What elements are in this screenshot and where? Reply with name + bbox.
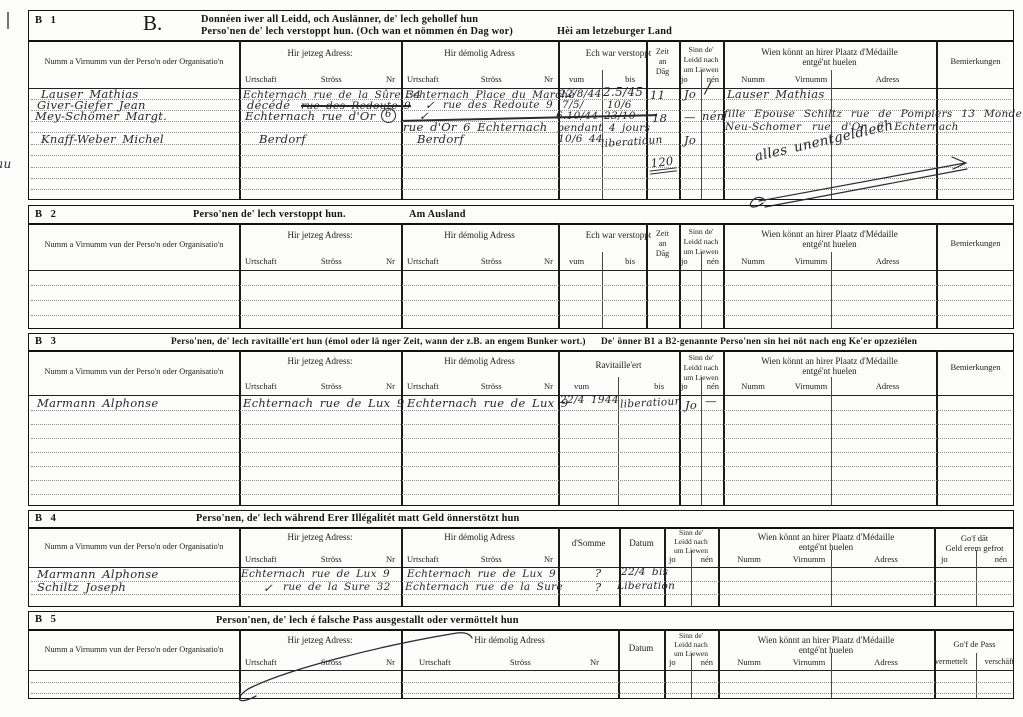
hw-b1-vum-5: 10/6 44 xyxy=(558,133,603,145)
b1-col-medaille: Wien könnt an hirer Plaatz d'Médailleent… xyxy=(723,47,936,67)
col-divider xyxy=(558,350,560,505)
b1-title-right: Hèi am letzeburger Land xyxy=(557,26,672,37)
b3-col-demolig: Hir démolig Adress xyxy=(401,356,558,366)
dotted-row-line xyxy=(31,424,1011,425)
col-divider xyxy=(239,40,241,199)
col-divider xyxy=(718,629,720,698)
subcol-divider xyxy=(831,550,832,606)
hw-b3-jetzeg: Echternach rue de Lux 9 xyxy=(243,397,405,409)
b4-col-gof-geld: Go'f dātGeld erem gefrot xyxy=(934,533,1015,553)
b3-sinn-subcols: jonén xyxy=(681,381,719,391)
b1-col-zeit: ZeitanDāg xyxy=(646,47,679,77)
b1-demolig-stross: Ströss xyxy=(481,74,502,84)
hw-b3-jo: Jo xyxy=(685,399,697,411)
b1-vum: vum xyxy=(569,74,584,84)
dotted-row-line xyxy=(31,410,1011,411)
col-divider xyxy=(558,223,560,328)
b3-jetzeg-subcols: UrtschaftStrössNr xyxy=(245,381,395,391)
b1-jo: jo xyxy=(681,74,688,84)
b3-ravit-subcols: vumbis xyxy=(574,381,664,391)
scan-artifact-mark xyxy=(7,12,9,29)
title-rule xyxy=(29,223,1013,225)
hw-b4-datum-2: Liberation xyxy=(617,580,675,592)
col-divider xyxy=(934,629,936,698)
b3-demolig-subcols: UrtschaftStrössNr xyxy=(407,381,553,391)
b1-bis: bis xyxy=(625,74,635,84)
b5-col-datum: Datum xyxy=(618,643,664,653)
b3-col-jetzeg: Hir jetzeg Adress: xyxy=(239,356,401,366)
b1-adress: Adress xyxy=(839,74,936,84)
b5-col-medaille: Wien könnt an hirer Plaatz d'Médailleent… xyxy=(718,635,934,655)
b5-gof-subcols: vermetteltverschäft xyxy=(935,657,1014,667)
b1-numm: Numm xyxy=(723,74,783,84)
subcol-divider xyxy=(831,653,832,698)
subcol-divider xyxy=(701,377,702,505)
b1-title-line2-text: Perso'nen de' lech verstoppt hun. (Och w… xyxy=(201,26,513,37)
subcol-divider xyxy=(602,252,603,328)
col-divider xyxy=(936,223,938,328)
b1-jetzeg-urtschaft: Urtschaft xyxy=(245,74,277,84)
dotted-row-line xyxy=(31,594,1011,595)
b5-col-name: Numm a Virnumm vun der Perso'n oder Orga… xyxy=(31,645,237,655)
b3-col-ravitailleert: Ravitaille'ert xyxy=(558,360,679,370)
dotted-row-line xyxy=(31,300,1011,301)
b4-title: Perso'nen, de' lech während Erer Illégal… xyxy=(196,513,519,525)
dotted-row-line xyxy=(31,494,1011,495)
hw-b1-jo-3: — xyxy=(684,111,696,123)
hw-b1-nen-3: nén xyxy=(702,110,725,122)
col-divider xyxy=(401,350,403,505)
header-rule xyxy=(29,270,1013,271)
pen-stroke-curve xyxy=(209,624,484,698)
section-b2: B 2 Perso'nen de' lech verstoppt hun. Am… xyxy=(28,205,1014,329)
col-divider xyxy=(723,223,725,328)
hw-b1-demolig-5: Berdorf xyxy=(417,133,464,145)
hw-b4-demolig-1: Echternach rue de Lux 9 xyxy=(407,568,556,580)
b4-jetzeg-subcols: UrtschaftStrössNr xyxy=(245,554,395,564)
section-b1: B 1 B. Donnéen iwer all Leidd, och Auslä… xyxy=(28,10,1014,200)
hw-b1-name-4: Knaff-Weber Michel xyxy=(41,133,164,145)
hw-b3-nen: — xyxy=(705,395,717,407)
margin-scribble: au xyxy=(0,158,11,170)
b2-demolig-subcols: UrtschaftStrössNr xyxy=(407,256,553,266)
b3-col-medaille: Wien könnt an hirer Plaatz d'Médailleent… xyxy=(723,356,936,376)
b1-demolig-nr: Nr xyxy=(544,74,553,84)
b1-col-demolig: Hir démolig Adress xyxy=(401,48,558,58)
hw-b4-somme-1: ? xyxy=(595,567,601,579)
dotted-row-line xyxy=(31,144,1011,145)
col-divider xyxy=(679,40,681,199)
b2-jetzeg-subcols: UrtschaftStrössNr xyxy=(245,256,395,266)
subcol-divider xyxy=(691,653,692,698)
col-divider xyxy=(679,223,681,328)
b1-letter-b: B. xyxy=(143,13,162,34)
dotted-row-line xyxy=(31,682,1011,683)
col-divider xyxy=(723,350,725,505)
b4-col-medaille: Wien könnt an hirer Plaatz d'Médailleent… xyxy=(718,532,934,552)
b4-col-jetzeg: Hir jetzeg Adress: xyxy=(239,532,401,542)
hw-b4-jetzeg-2-check: ✓ xyxy=(263,582,273,594)
col-divider xyxy=(239,223,241,328)
b4-demolig-subcols: UrtschaftStrössNr xyxy=(407,554,553,564)
b4-col-name: Numm a Virnumm vun der Perso'n oder Orga… xyxy=(31,542,237,552)
b5-medaille-subcols: NummVirnummAdress xyxy=(718,657,934,667)
dotted-row-line xyxy=(31,438,1011,439)
b2-col-name: Numm a Virnumm vun der Perso'n oder Orga… xyxy=(31,240,237,250)
hw-b3-name: Marmann Alphonse xyxy=(37,397,158,409)
section-b5: B 5 Person'nen, de' lech é falsche Pass … xyxy=(28,611,1014,699)
b1-demolig-subcols: UrtschaftStrössNr xyxy=(407,74,553,84)
b2-col-bemierkungen: Bemierkungen xyxy=(936,238,1015,248)
hw-b1-zeit-1: 11 xyxy=(650,89,665,101)
b1-demolig-urtschaft: Urtschaft xyxy=(407,74,439,84)
b3-title-right: De' önner B1 a B2-genannte Perso'nen sin… xyxy=(601,336,917,348)
b2-col-medaille: Wien könnt an hirer Plaatz d'Médailleent… xyxy=(723,229,936,249)
hw-b1-bis-1: 2.5/45 xyxy=(603,86,643,98)
section-b4: B 4 Perso'nen, de' lech während Erer Ill… xyxy=(28,510,1014,607)
dotted-row-line xyxy=(31,452,1011,453)
header-rule xyxy=(29,670,1013,671)
hw-b4-jetzeg-1: Echternach rue de Lux 9 xyxy=(241,568,390,580)
b5-label: B 5 xyxy=(35,614,59,625)
dotted-row-line xyxy=(31,285,1011,286)
subcol-divider xyxy=(701,252,702,328)
hw-b1-vum-3: 6.10/44 xyxy=(556,110,598,122)
b4-col-datum: Datum xyxy=(619,538,664,548)
hw-b1-zeit-3: 18 xyxy=(652,112,667,124)
hw-b1-bis-5: liberatioun xyxy=(601,134,663,150)
b3-col-bemierkungen: Bemierkungen xyxy=(936,362,1015,372)
b5-verschaft: verschäft xyxy=(985,657,1014,667)
hw-b1-bis-3: 23/10 xyxy=(604,110,636,122)
b2-sinn-subcols: jonén xyxy=(681,256,719,266)
b2-title-right: Am Ausland xyxy=(409,209,466,221)
b3-title: Perso'nen, de' lech ravitaille'ert hun (… xyxy=(171,336,586,348)
hw-b4-jetzeg-2: rue de la Sure 32 xyxy=(283,581,391,593)
title-rule xyxy=(29,350,1013,352)
hw-b1-jetzeg-3-nr: 6 xyxy=(381,108,396,123)
col-divider xyxy=(664,629,666,698)
b1-jetzeg-subcols: UrtschaftStrössNr xyxy=(245,74,395,84)
b5-col-gof-pass: Go'f de Pass xyxy=(934,639,1015,649)
title-rule xyxy=(29,629,1013,631)
hw-b1-jetzeg-3: Echternach rue d'Or xyxy=(245,110,375,122)
col-divider xyxy=(646,40,648,199)
dotted-row-line xyxy=(31,480,1011,481)
b1-col-bemierkungen: Bemierkungen xyxy=(936,56,1015,66)
hw-b4-demolig-2: Echternach rue de la Sure xyxy=(405,581,563,593)
b4-gof-subcols: jonén xyxy=(941,554,1007,564)
subcol-divider xyxy=(976,653,977,698)
b1-col-name: Numm a Virnumm vun der Perso'n oder Orga… xyxy=(31,57,237,67)
hw-b3-bis: liberatioun xyxy=(620,395,682,410)
hw-b1-jo-5: Jo xyxy=(684,134,696,146)
hw-b1-jetzeg-4: Berdorf xyxy=(259,133,306,145)
b3-col-name: Numm a Virnumm vun der Perso'n oder Orga… xyxy=(31,367,237,377)
col-divider xyxy=(618,629,620,698)
b2-medaille-subcols: NummVirnummAdress xyxy=(723,256,936,266)
b4-medaille-subcols: NummVirnummAdress xyxy=(718,554,934,564)
dotted-row-line xyxy=(31,466,1011,467)
b1-sinn-subcols: jonén xyxy=(681,74,719,84)
subcol-divider xyxy=(691,550,692,606)
b4-col-somme: d'Somme xyxy=(558,538,619,548)
col-divider xyxy=(936,350,938,505)
col-divider xyxy=(401,223,403,328)
col-divider xyxy=(679,350,681,505)
b1-title-line1: Donnéen iwer all Leidd, och Auslänner, d… xyxy=(201,14,478,26)
subcol-divider xyxy=(701,70,702,199)
hw-b1-demolig-2: rue des Redoute 9 xyxy=(443,99,553,111)
b2-col-zeit: ZeitanDāg xyxy=(646,229,679,259)
hw-b4-name-2: Schiltz Joseph xyxy=(37,581,126,593)
subcol-divider xyxy=(831,252,832,328)
hw-b4-datum-1: 22/4 bis xyxy=(621,566,668,578)
b4-label: B 4 xyxy=(35,513,59,524)
b2-col-demolig: Hir démolig Adress xyxy=(401,230,558,240)
b4-col-demolig: Hir démolig Adress xyxy=(401,532,558,542)
dotted-row-line xyxy=(31,315,1011,316)
col-divider xyxy=(239,350,241,505)
hw-b1-jo-1: Jo xyxy=(684,88,696,100)
hw-b1-wien-3: fille Epouse Schiltz rue de Pompiers 13 … xyxy=(724,108,1023,120)
b2-col-jetzeg: Hir jetzeg Adress: xyxy=(239,230,401,240)
subcol-divider xyxy=(831,377,832,505)
hw-b1-nen-1: / xyxy=(705,82,711,94)
b3-medaille-subcols: NummVirnummAdress xyxy=(723,381,936,391)
scanned-form-page: au B 1 B. Donnéen iwer all Leidd, och Au… xyxy=(0,0,1023,717)
b1-jetzeg-nr: Nr xyxy=(386,74,395,84)
pen-underline-arrow xyxy=(719,153,989,213)
subcol-divider xyxy=(976,550,977,606)
b1-label: B 1 xyxy=(35,15,59,26)
b2-label: B 2 xyxy=(35,209,59,220)
b3-label: B 3 xyxy=(35,336,59,347)
title-rule xyxy=(29,40,1013,42)
b1-jetzeg-stross: Ströss xyxy=(321,74,342,84)
b2-title: Perso'nen de' lech verstoppt hun. xyxy=(193,209,346,221)
hw-b1-zeit-total: 120 xyxy=(648,154,677,174)
hw-b3-demolig: Echternach rue de Lux 9 xyxy=(407,397,569,409)
hw-b1-wien-1: Lauser Mathias xyxy=(727,88,825,100)
title-rule xyxy=(29,527,1013,529)
b1-medaille-subcols: NummVirnummAdress xyxy=(723,74,936,84)
hw-b4-somme-2: ? xyxy=(595,581,601,593)
b5-vermettelt: vermettelt xyxy=(935,657,967,667)
col-divider xyxy=(646,223,648,328)
hw-b4-name-1: Marmann Alphonse xyxy=(37,568,158,580)
section-b3: B 3 Perso'nen, de' lech ravitaille'ert h… xyxy=(28,333,1014,506)
b1-col-jetzeg: Hir jetzeg Adress: xyxy=(239,48,401,58)
hw-b1-name-3: Mey-Schömer Margt. xyxy=(35,110,167,122)
hw-b3-vum: 22/4 1944 xyxy=(560,394,619,406)
dotted-row-line xyxy=(31,693,1011,694)
b1-title-line2: Perso'nen de' lech verstoppt hun. (Och w… xyxy=(201,26,672,38)
